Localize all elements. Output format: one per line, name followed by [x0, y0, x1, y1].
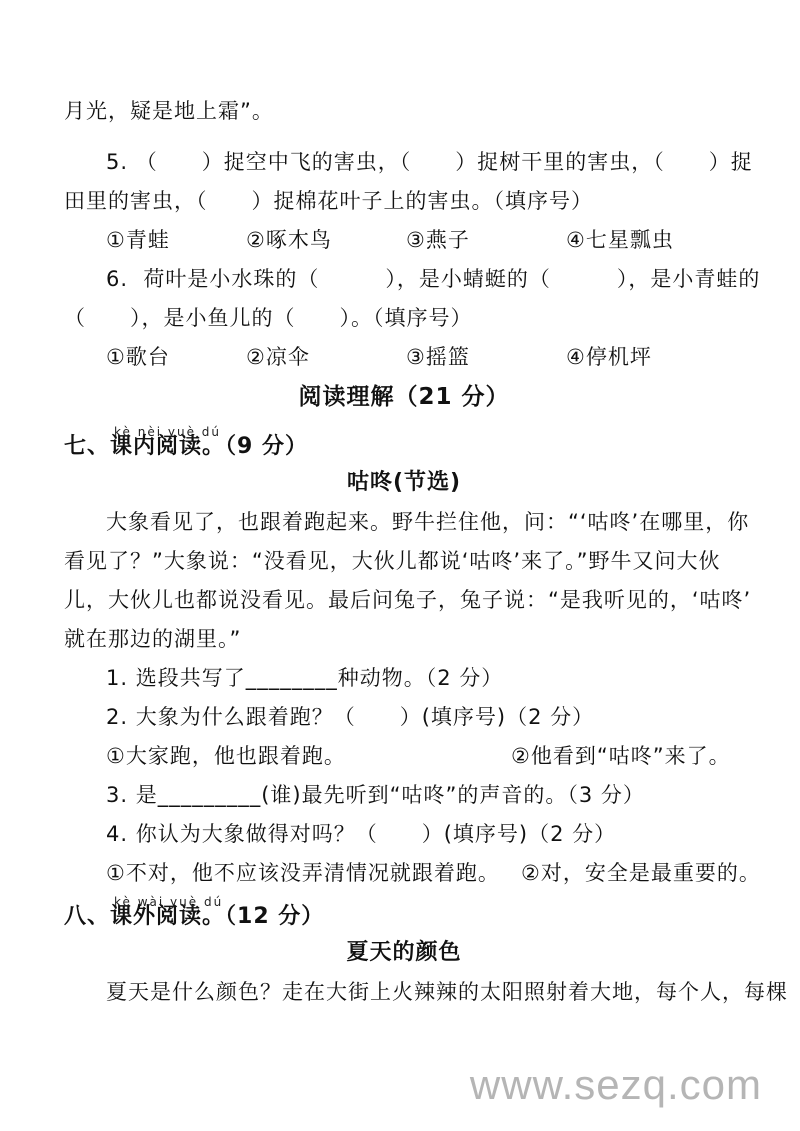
part7-question-4: 4. 你认为大象做得对吗？（ ）(填序号)（2 分）: [64, 815, 744, 854]
part7-heading: 七、kè nèi yuè dú课内阅读。（9 分）: [64, 433, 744, 461]
part7-question-3: 3. 是_________(谁)最先听到“咕咚”的声音的。（3 分）: [64, 776, 744, 815]
option-item: ④停机坪: [566, 338, 652, 377]
option-item: ①大家跑，他也跟着跑。: [106, 737, 511, 776]
part8-heading-prefix: 八、: [64, 904, 110, 929]
passage-line: 儿，大伙儿也都说没看见。最后问兔子，兔子说：“是我听见的，‘咕咚’: [64, 581, 744, 620]
question-5-options: ①青蛙 ②啄木鸟 ③燕子 ④七星瓢虫: [64, 221, 744, 260]
part7-pinyin: kè nèi yuè dú: [114, 418, 221, 446]
part7-passage-title: 咕咚(节选): [64, 463, 744, 503]
question-6-line-1: 6. 荷叶是小水珠的（ ），是小蜻蜓的（ ），是小青蛙的: [64, 260, 744, 299]
option-item: ②对，安全是最重要的。: [521, 854, 761, 893]
question-5-line-2: 田里的害虫，（ ）捉棉花叶子上的害虫。（填序号）: [64, 182, 744, 221]
part7-heading-ruby: kè nèi yuè dú课内阅读: [110, 433, 202, 461]
passage-line: 看见了？”大象说：“没看见，大伙儿都说‘咕咚’来了。”野牛又问大伙: [64, 542, 744, 581]
question-6-options: ①歌台 ②凉伞 ③摇篮 ④停机坪: [64, 338, 744, 377]
part7-question-2: 2. 大象为什么跟着跑？（ ）(填序号)（2 分）: [64, 698, 744, 737]
option-item: ②凉伞: [246, 338, 406, 377]
watermark: www.sezq.com: [470, 1061, 762, 1109]
part8-heading-ruby: kè wài yuè dú课外阅读: [110, 903, 202, 931]
carryover-line: 月光，疑是地上霜”。: [64, 92, 744, 131]
part7-question-1: 1. 选段共写了________种动物。（2 分）: [64, 659, 744, 698]
option-item: ③摇篮: [406, 338, 566, 377]
passage-line: 夏天是什么颜色？走在大街上火辣辣的太阳照射着大地，每个人，每棵: [64, 973, 744, 1012]
option-item: ①青蛙: [106, 221, 246, 260]
option-item: ①歌台: [106, 338, 246, 377]
option-item: ④七星瓢虫: [566, 221, 674, 260]
question-6-line-2: （ ），是小鱼儿的（ ）。（填序号）: [64, 299, 744, 338]
option-item: ②啄木鸟: [246, 221, 406, 260]
question-5-line-1: 5. （ ）捉空中飞的害虫，（ ）捉树干里的害虫，（ ）捉: [64, 143, 744, 182]
part8-pinyin: kè wài yuè dú: [114, 888, 223, 916]
part8-passage-title: 夏天的颜色: [64, 933, 744, 973]
worksheet-page: 月光，疑是地上霜”。 5. （ ）捉空中飞的害虫，（ ）捉树干里的害虫，（ ）捉…: [0, 0, 800, 1131]
option-item: ②他看到“咕咚”来了。: [511, 737, 731, 776]
passage-line: 大象看见了，也跟着跑起来。野牛拦住他，问：“‘咕咚’在哪里，你: [64, 503, 744, 542]
passage-line: 就在那边的湖里。”: [64, 620, 744, 659]
part7-question-2-options: ①大家跑，他也跟着跑。 ②他看到“咕咚”来了。: [64, 737, 744, 776]
section-title: 阅读理解（21 分）: [64, 377, 744, 417]
option-item: ③燕子: [406, 221, 566, 260]
part8-heading: 八、kè wài yuè dú课外阅读。（12 分）: [64, 903, 744, 931]
part7-heading-prefix: 七、: [64, 434, 110, 459]
